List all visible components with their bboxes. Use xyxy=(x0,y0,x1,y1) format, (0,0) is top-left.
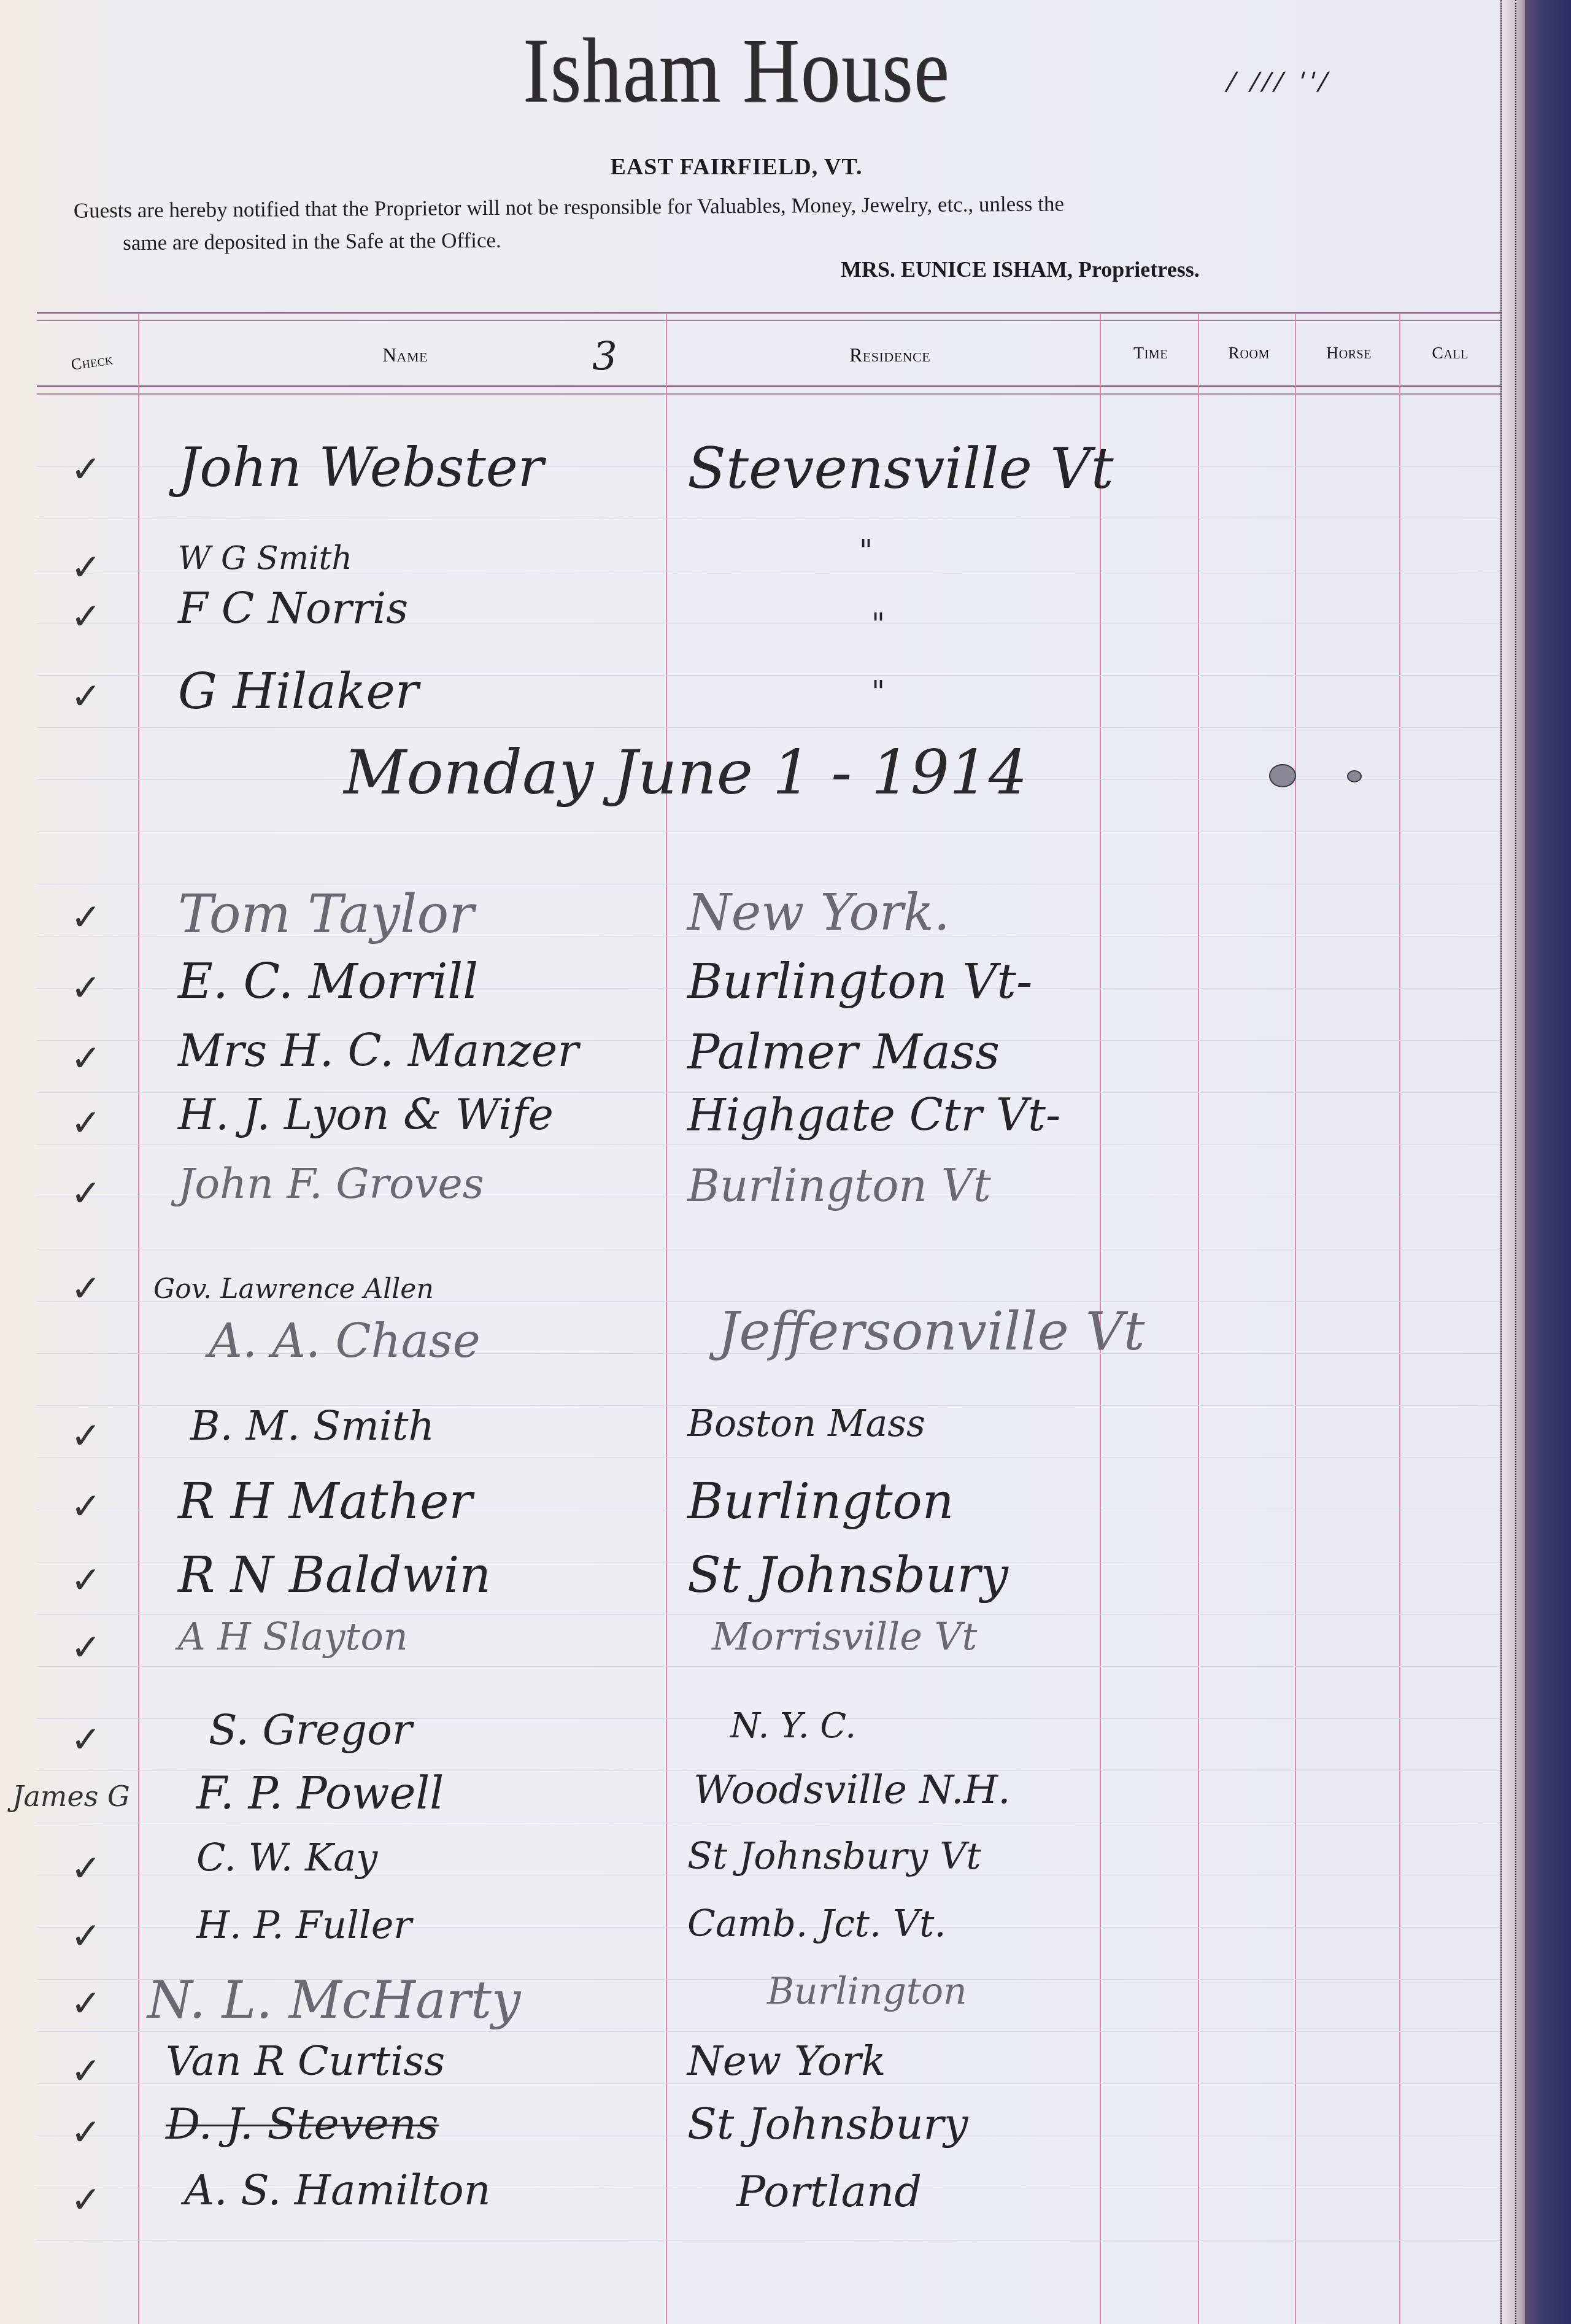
guest-name: G Hilaker xyxy=(178,663,419,720)
register-page: Isham House / /// ''/ EAST FAIRFIELD, VT… xyxy=(0,0,1516,2324)
register-entry: ✓ G Hilaker " xyxy=(0,650,1500,730)
guest-name: N. L. McHarty xyxy=(147,1970,520,2030)
register-entry: ✓ A. S. Hamilton Portland xyxy=(0,2154,1500,2234)
guest-residence: Highgate Ctr Vt- xyxy=(687,1089,1060,1141)
page-edge xyxy=(1500,0,1526,2324)
guest-residence: Morrisville Vt xyxy=(712,1614,977,1659)
check-mark-icon: ✓ xyxy=(71,1559,101,1602)
register-entry: A. A. Chase Jeffersonville Vt xyxy=(0,1301,1500,1381)
guest-residence: Burlington xyxy=(687,1473,954,1530)
guest-name: S. Gregor xyxy=(209,1706,412,1755)
guest-residence: Portland xyxy=(736,2166,922,2217)
guest-name: A. A. Chase xyxy=(209,1313,481,1368)
guest-residence: Woodsville N.H. xyxy=(693,1767,1011,1813)
date-heading: Monday June 1 - 1914 xyxy=(344,736,1027,808)
guest-residence: Camb. Jct. Vt. xyxy=(687,1902,946,1945)
check-mark-icon: ✓ xyxy=(71,2179,101,2222)
register-entry: ✓ B. M. Smith Boston Mass xyxy=(0,1390,1500,1470)
guest-residence: " xyxy=(871,608,885,642)
column-header-residence: Residence xyxy=(798,344,982,366)
guest-name: Van R Curtiss xyxy=(166,2037,445,2085)
hotel-title: Isham House xyxy=(367,25,1106,117)
check-mark-icon: ✓ xyxy=(71,1485,101,1528)
margin-note: James G xyxy=(12,1780,130,1813)
guest-name: D. J. Stevens xyxy=(166,2099,439,2149)
guest-name: Mrs H. C. Manzer xyxy=(178,1025,579,1076)
guest-residence: New York xyxy=(687,2037,886,2085)
check-mark-icon: ✓ xyxy=(71,1982,101,2025)
ink-blot xyxy=(1269,764,1296,787)
guest-residence: Jeffersonville Vt xyxy=(718,1301,1145,1362)
guest-residence: St Johnsbury Vt xyxy=(687,1835,981,1878)
header-rule-top xyxy=(37,312,1500,321)
liability-notice: Guests are hereby notified that the Prop… xyxy=(74,185,1424,259)
row-line xyxy=(37,519,1500,519)
guest-residence: Boston Mass xyxy=(687,1402,925,1445)
guest-name: R H Mather xyxy=(178,1473,473,1530)
proprietress-signature: MRS. EUNICE ISHAM, Proprietress. xyxy=(841,257,1200,282)
row-line xyxy=(37,832,1500,832)
guest-name: A. S. Hamilton xyxy=(184,2166,491,2215)
tally-marks: / /// ''/ xyxy=(1224,68,1335,96)
register-entry: ✓ E. C. Morrill Burlington Vt- xyxy=(0,942,1500,1022)
check-mark-icon: ✓ xyxy=(71,1626,101,1669)
register-entry: ✓ F C Norris " xyxy=(0,571,1500,650)
row-line xyxy=(37,1249,1500,1249)
header-rule-bottom xyxy=(37,385,1500,395)
guest-residence: New York. xyxy=(687,884,950,942)
guest-residence: N. Y. C. xyxy=(730,1706,856,1746)
notice-line-1: Guests are hereby notified that the Prop… xyxy=(74,191,1064,222)
guest-residence: St Johnsbury xyxy=(687,2099,968,2149)
page-number: 3 xyxy=(592,334,617,380)
guest-name: C. W. Kay xyxy=(196,1835,377,1880)
check-mark-icon: ✓ xyxy=(71,1172,101,1215)
ink-blot xyxy=(1347,770,1362,782)
column-header-horse: Horse xyxy=(1300,344,1398,363)
register-entry: ✓ R H Mather Burlington xyxy=(0,1461,1500,1540)
register-entry: ✓ John F. Groves Burlington Vt xyxy=(0,1148,1500,1227)
guest-name: F C Norris xyxy=(178,583,408,633)
guest-residence: Burlington xyxy=(767,1970,967,2013)
check-mark-icon: ✓ xyxy=(71,448,101,491)
register-entry: ✓ John Webster Stevensville Vt xyxy=(0,423,1500,503)
guest-residence: Burlington Vt xyxy=(687,1160,991,1211)
guest-name: Tom Taylor xyxy=(178,884,474,945)
check-mark-icon: ✓ xyxy=(71,1847,101,1890)
column-header-room: Room xyxy=(1203,344,1295,363)
register-entry: ✓ A H Slayton Morrisville Vt xyxy=(0,1602,1500,1681)
guest-name: H. P. Fuller xyxy=(196,1902,412,1947)
guest-name: H. J. Lyon & Wife xyxy=(178,1089,554,1140)
guest-name: A H Slayton xyxy=(178,1614,408,1659)
guest-name: B. M. Smith xyxy=(190,1402,434,1450)
guest-residence: Stevensville Vt xyxy=(687,436,1114,501)
check-mark-icon: ✓ xyxy=(71,967,101,1010)
guest-residence: Palmer Mass xyxy=(687,1025,1000,1080)
guest-residence: St Johnsbury xyxy=(687,1546,1008,1604)
check-mark-icon: ✓ xyxy=(71,1415,101,1457)
hotel-location: EAST FAIRFIELD, VT. xyxy=(552,153,921,180)
check-mark-icon: ✓ xyxy=(71,2111,101,2154)
check-mark-icon: ✓ xyxy=(71,595,101,638)
guest-name: F. P. Powell xyxy=(196,1767,444,1819)
check-mark-icon: ✓ xyxy=(71,675,101,718)
row-line xyxy=(37,2240,1500,2241)
guest-name: E. C. Morrill xyxy=(178,954,478,1010)
guest-name: John F. Groves xyxy=(178,1160,484,1208)
check-mark-icon: ✓ xyxy=(71,1102,101,1145)
guest-residence: " xyxy=(871,675,885,709)
column-header-call: Call xyxy=(1404,344,1496,363)
column-header-time: Time xyxy=(1105,344,1197,363)
guest-name: R N Baldwin xyxy=(178,1546,491,1604)
check-mark-icon: ✓ xyxy=(71,1915,101,1958)
register-entry: ✓ H. J. Lyon & Wife Highgate Ctr Vt- xyxy=(0,1077,1500,1157)
column-header-check: Check xyxy=(48,347,136,377)
notice-line-2: same are deposited in the Safe at the Of… xyxy=(74,218,1424,260)
column-header-name: Name xyxy=(344,344,466,366)
guest-name: Gov. Lawrence Allen xyxy=(153,1273,434,1305)
register-entry: ✓ Tom Taylor New York. xyxy=(0,871,1500,951)
guest-residence: Burlington Vt- xyxy=(687,954,1032,1010)
check-mark-icon: ✓ xyxy=(71,1037,101,1080)
book-cover xyxy=(1525,0,1571,2324)
guest-residence: " xyxy=(859,534,873,568)
guest-name: John Webster xyxy=(178,436,544,499)
check-mark-icon: ✓ xyxy=(71,896,101,939)
